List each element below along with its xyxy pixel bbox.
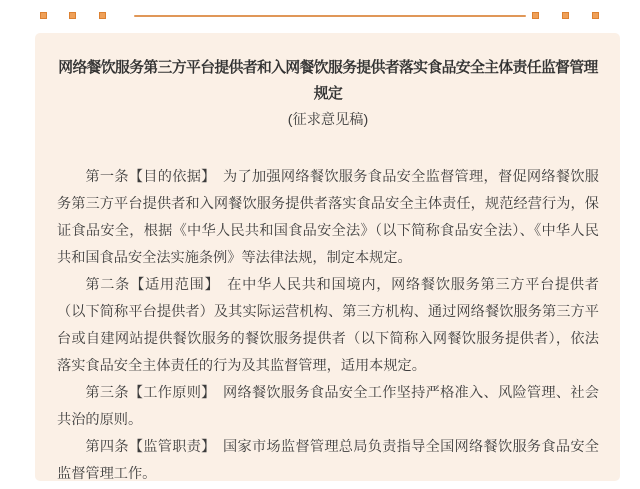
decor-square-icon: [99, 12, 106, 19]
document-title: 网络餐饮服务第三方平台提供者和入网餐饮服务提供者落实食品安全主体责任监督管理规定: [57, 55, 599, 107]
decor-divider-line: [134, 15, 526, 17]
page: 网络餐饮服务第三方平台提供者和入网餐饮服务提供者落实食品安全主体责任监督管理规定…: [0, 0, 640, 489]
document-content: 网络餐饮服务第三方平台提供者和入网餐饮服务提供者落实食品安全主体责任监督管理规定…: [35, 33, 620, 481]
decor-square-icon: [532, 12, 539, 19]
document-paragraph: 第二条【适用范围】 在中华人民共和国境内，网络餐饮服务第三方平台提供者（以下简称…: [57, 272, 599, 380]
header-decoration: [0, 0, 640, 28]
document-paragraph: 第四条【监管职责】 国家市场监督管理总局负责指导全国网络餐饮服务食品安全监督管理…: [57, 434, 599, 481]
document-subtitle: (征求意见稿): [57, 107, 599, 133]
document-paragraph: 第三条【工作原则】 网络餐饮服务食品安全工作坚持严格准入、风险管理、社会共治的原…: [57, 380, 599, 434]
document-paragraph: 第一条【目的依据】 为了加强网络餐饮服务食品安全监督管理，督促网络餐饮服务第三方…: [57, 164, 599, 272]
decor-square-icon: [69, 12, 76, 19]
decor-square-icon: [592, 12, 599, 19]
document-panel: 网络餐饮服务第三方平台提供者和入网餐饮服务提供者落实食品安全主体责任监督管理规定…: [35, 33, 620, 481]
decor-square-icon: [40, 12, 47, 19]
decor-square-icon: [562, 12, 569, 19]
